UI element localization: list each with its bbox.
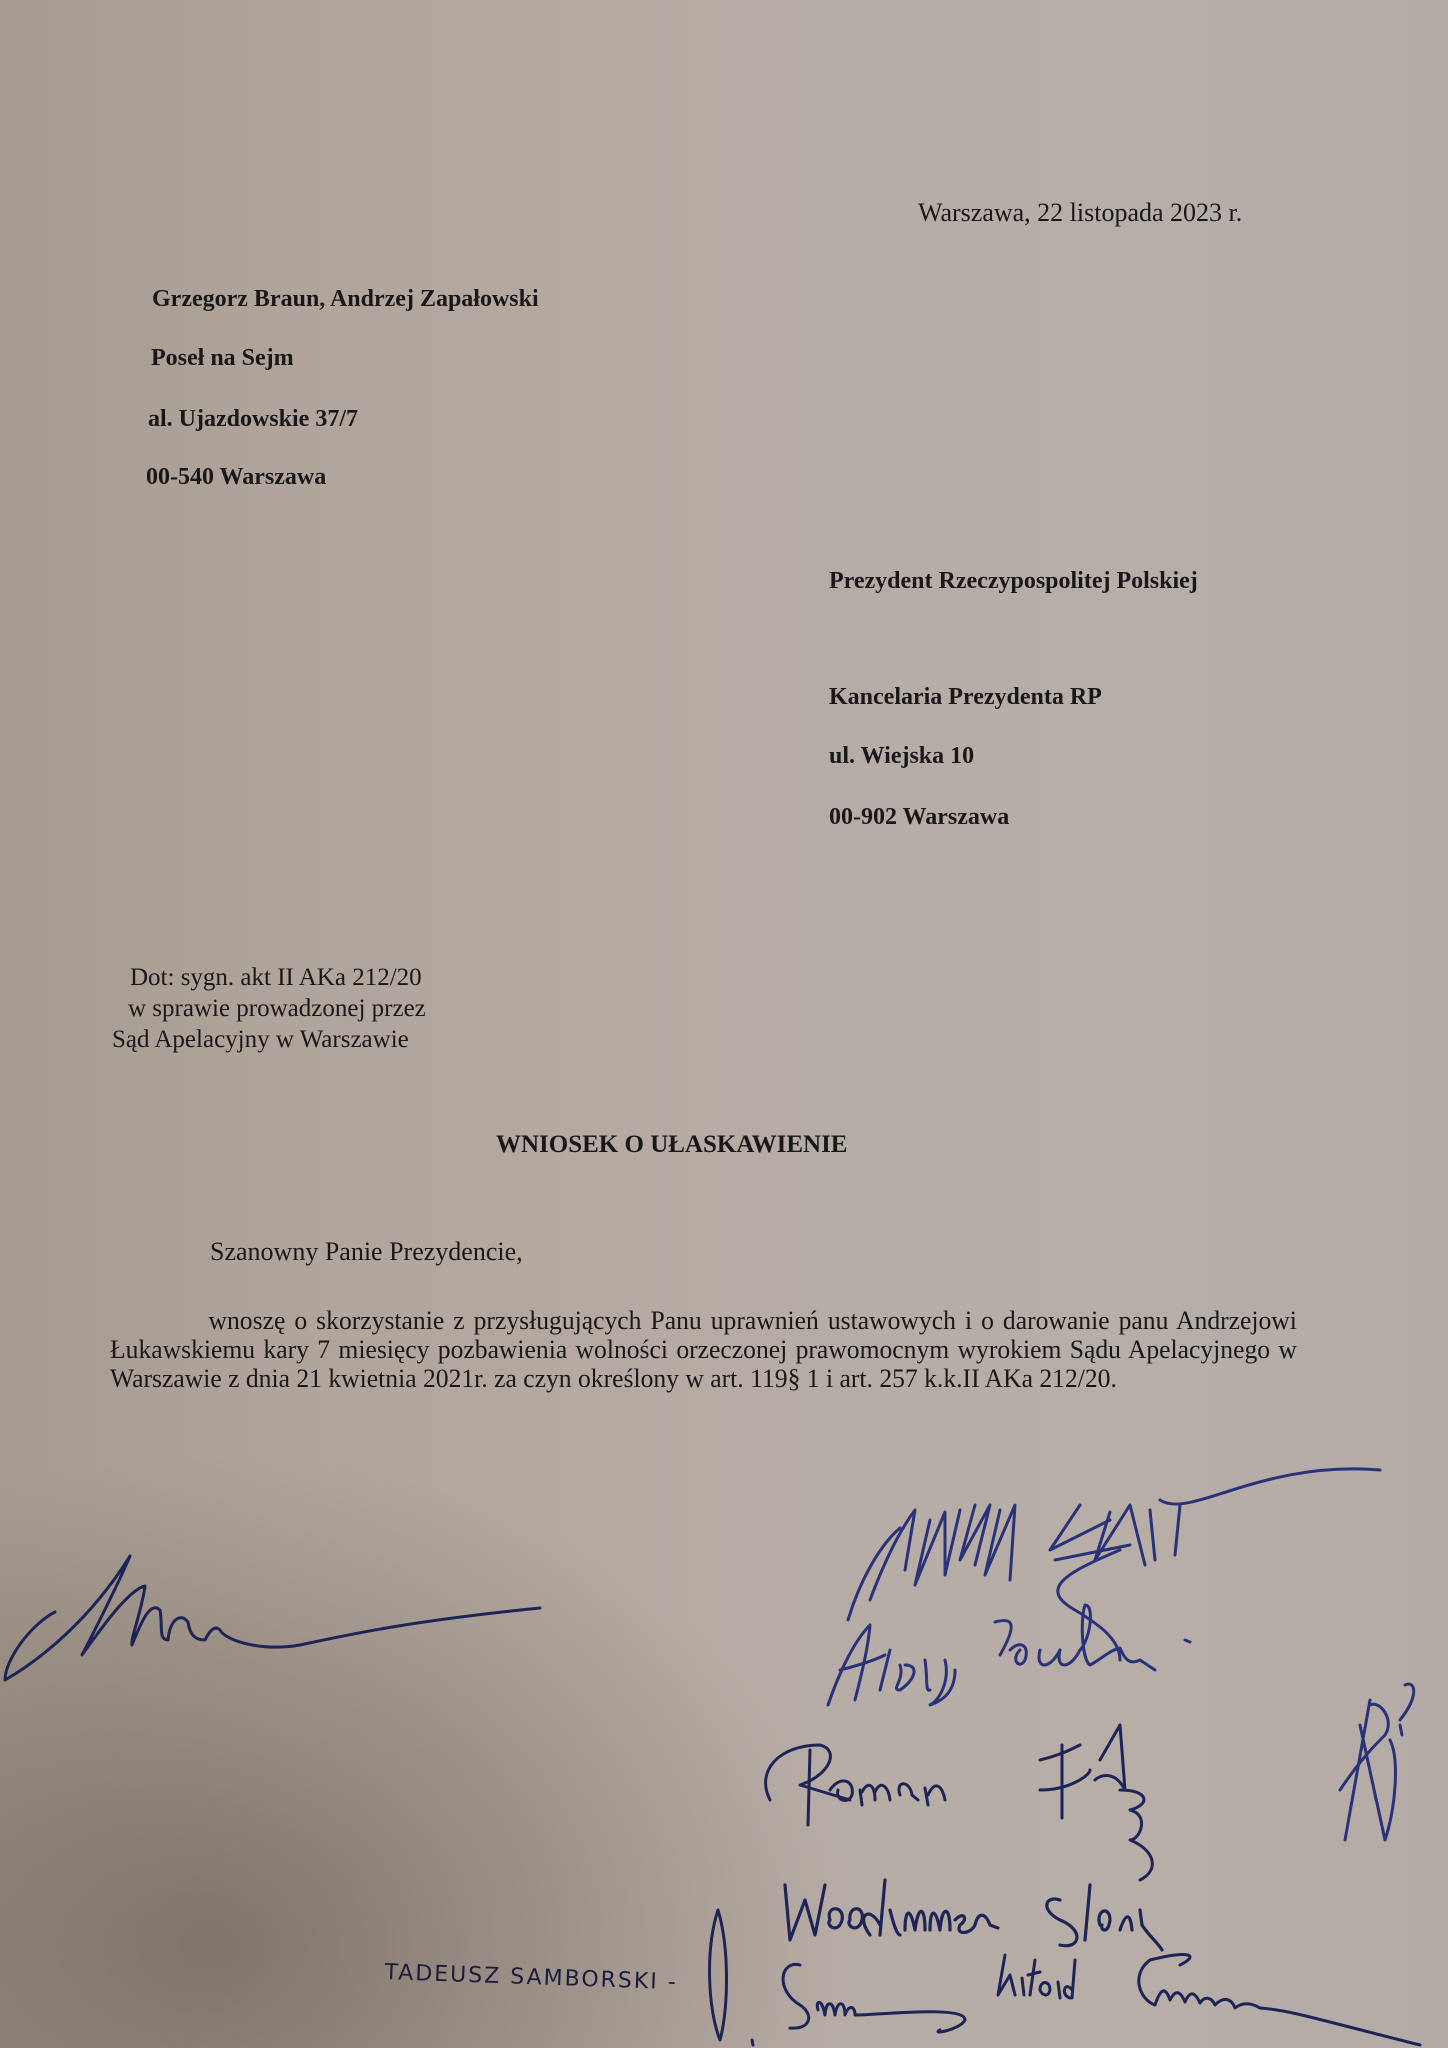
signature-samborski-mark xyxy=(710,1910,753,2045)
sender-role: Poseł na Sejm xyxy=(151,345,294,372)
recipient-postal-city: 00-902 Warszawa xyxy=(829,804,1009,831)
sender-postal-city: 00-540 Warszawa xyxy=(146,464,326,491)
reference-line-3: Sąd Apelacyjny w Warszawie xyxy=(112,1024,409,1055)
recipient-title: Prezydent Rzeczypospolitej Polskiej xyxy=(829,568,1198,595)
reference-line-1: Dot: sygn. akt II AKa 212/20 xyxy=(130,962,422,993)
signature-zapalowski xyxy=(828,1605,1190,1705)
document-title: WNIOSEK O UŁASKAWIENIE xyxy=(496,1131,847,1159)
recipient-street: ul. Wiejska 10 xyxy=(829,743,974,770)
signature-braun xyxy=(848,1469,1380,1660)
signature-berkowicz xyxy=(1340,1684,1414,1840)
body-paragraph: wnoszę o skorzystanie z przysługujących … xyxy=(110,1306,1297,1393)
letter-page: Warszawa, 22 listopada 2023 r. Grzegorz … xyxy=(0,0,1448,2048)
sender-names: Grzegorz Braun, Andrzej Zapałowski xyxy=(152,286,539,313)
signature-tumanowicz xyxy=(998,1955,1420,2045)
sender-street: al. Ujazdowskie 37/7 xyxy=(148,406,358,433)
signature-left xyxy=(5,1556,540,1680)
signature-printed-name: TADEUSZ SAMBORSKI - xyxy=(384,1960,678,1995)
reference-line-2: w sprawie prowadzonej przez xyxy=(128,993,426,1024)
signature-fritz xyxy=(766,1725,1153,1880)
signature-skalik xyxy=(785,1880,1162,1950)
place-date: Warszawa, 22 listopada 2023 r. xyxy=(918,198,1242,228)
signature-sm xyxy=(783,1964,965,2032)
recipient-office: Kancelaria Prezydenta RP xyxy=(829,684,1102,711)
greeting: Szanowny Panie Prezydencie, xyxy=(210,1237,523,1267)
